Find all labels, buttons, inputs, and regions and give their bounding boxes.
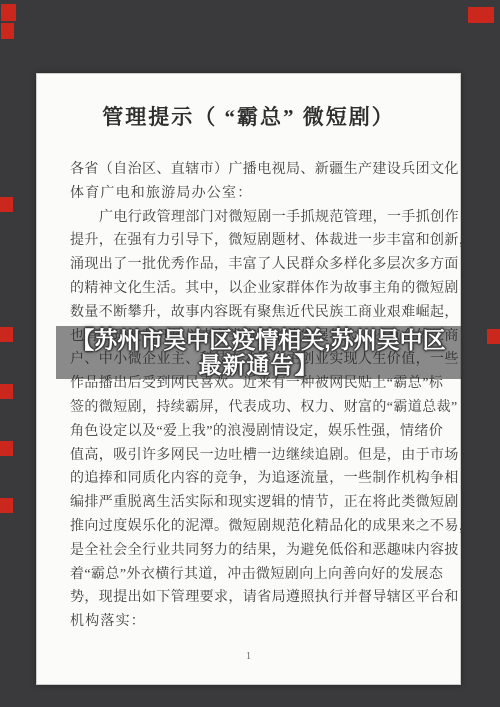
screenshot-canvas: 管理提示（ “霸总” 微短剧） 各省（自治区、直辖市）广播电视局、新疆生产建设兵…	[0, 0, 500, 707]
document-line: 的追捧和同质化内容的竞争，为追逐流量，一些制作机构争相	[70, 467, 434, 491]
document-line: 提升，在强有力引导下，微短剧题材、体裁进一步丰富和创新，	[70, 229, 434, 253]
red-tag[interactable]	[0, 327, 13, 342]
document-line: 机构落实：	[70, 610, 434, 634]
red-tag[interactable]	[0, 498, 13, 513]
document-title: 管理提示（ “霸总” 微短剧）	[37, 101, 460, 131]
document-body: 各省（自治区、直辖市）广播电视局、新疆生产建设兵团文化 体育广电和旅游局办公室：…	[70, 158, 434, 634]
red-tag[interactable]	[487, 329, 500, 344]
spam-headline-line1: 【苏州市吴中区疫情相关,苏州吴中区	[56, 328, 461, 353]
document-line: 是全社会全行业共同努力的结果，为避免低俗和恶趣味内容披	[70, 539, 434, 563]
spam-headline-overlay[interactable]: 【苏州市吴中区疫情相关,苏州吴中区 最新通告】	[56, 326, 461, 379]
document-line: 广电行政管理部门对微短剧一手抓规范管理，一手抓创作	[70, 206, 434, 230]
document-line: 着“霸总”外衣横行其道，冲击微短剧向上向善向好的发展态	[70, 563, 434, 587]
document-line: 角色设定以及“爱上我”的浪漫剧情设定，娱乐性强，情绪价	[70, 420, 434, 444]
document-line: 的精神文化生活。其中，以企业家群体作为故事主角的微短剧	[70, 277, 434, 301]
page-number: 1	[37, 651, 460, 662]
document-line: 势，现提出如下管理要求，请省局遵照执行并督导辖区平台和	[70, 586, 434, 610]
red-tag[interactable]	[0, 384, 13, 399]
document-line: 数量不断攀升，故事内容既有聚焦近代民族工商业艰难崛起，	[70, 301, 434, 325]
document-line: 签的微短剧，持续霸屏，代表成功、权力、财富的“霸道总裁”	[70, 396, 434, 420]
spam-headline-line2: 最新通告】	[56, 353, 461, 378]
document-line: 各省（自治区、直辖市）广播电视局、新疆生产建设兵团文化	[70, 158, 434, 182]
document-line: 推向过度娱乐化的泥潭。微短剧规范化精品化的成果来之不易，	[70, 515, 434, 539]
red-tag[interactable]	[0, 441, 13, 456]
red-tag[interactable]	[468, 7, 494, 23]
document-line: 编排严重脱离生活实际和现实逻辑的情节，正在将此类微短剧	[70, 491, 434, 515]
red-tag[interactable]	[1, 4, 16, 21]
document-line: 体育广电和旅游局办公室：	[70, 182, 434, 206]
document-line: 涌现出了一批优秀作品，丰富了人民群众多样化多层次多方面	[70, 253, 434, 277]
red-tag[interactable]	[0, 197, 13, 212]
red-tag[interactable]	[1, 23, 14, 39]
document-line: 值高，吸引许多网民一边吐槽一边继续追剧。但是，由于市场	[70, 444, 434, 468]
scanned-document-page: 管理提示（ “霸总” 微短剧） 各省（自治区、直辖市）广播电视局、新疆生产建设兵…	[36, 73, 461, 685]
